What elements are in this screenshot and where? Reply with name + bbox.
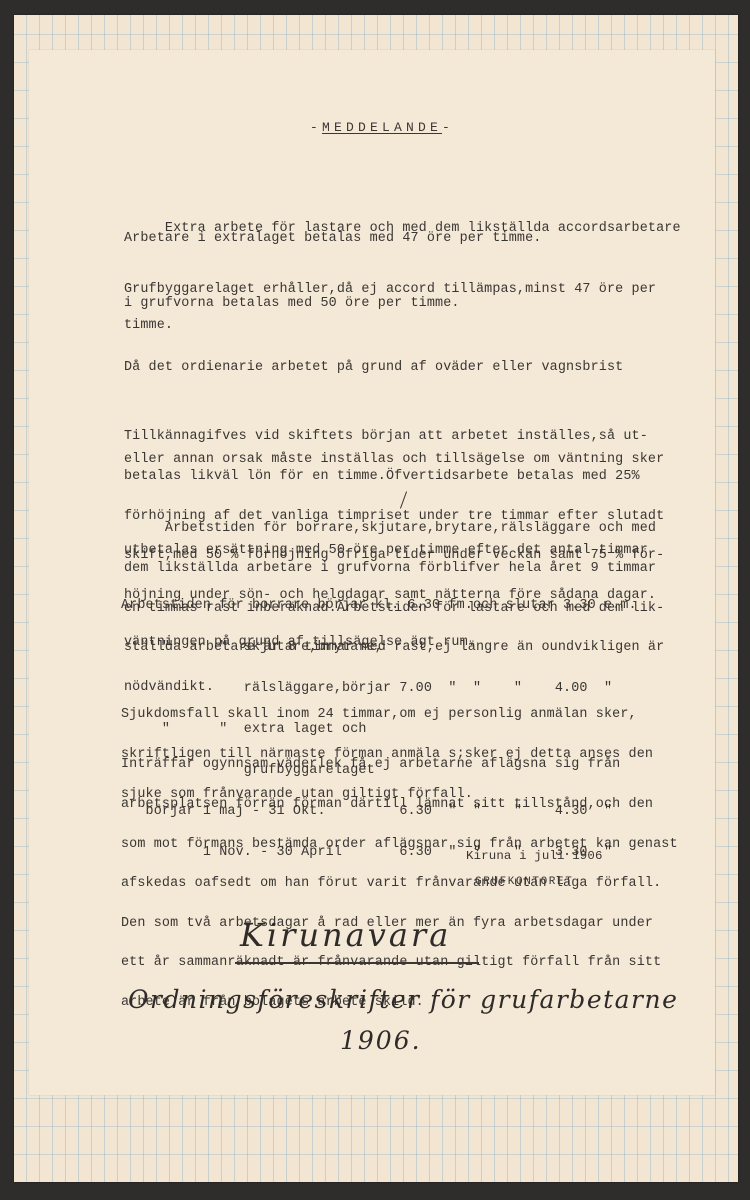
schedule-row: Arbetstiden för borrare börjar kl. 6.30 … bbox=[121, 599, 637, 613]
place-date: Kiruna i juli 1906 bbox=[466, 850, 603, 863]
text-line: Inträffar ogynnsam väderlek få ej arbeta… bbox=[121, 758, 678, 771]
text-line: Då det ordienarie arbetet på grund af ov… bbox=[124, 353, 664, 384]
text-line: Arbetstiden för borrare,skjutare,brytare… bbox=[124, 522, 664, 535]
paragraph-weather-absence: Inträffar ogynnsam väderlek få ej arbeta… bbox=[121, 732, 678, 1022]
document-title: -MEDDELANDE- bbox=[310, 120, 454, 135]
handwritten-year: 1906. bbox=[340, 1026, 422, 1055]
document-title-letters: MEDDELANDE bbox=[322, 120, 442, 135]
handwritten-heading: Kirunavara bbox=[240, 916, 451, 954]
text-line: arbetsplatsen förrän förman därtill lämn… bbox=[121, 798, 678, 811]
handwritten-subtitle: Ordningsföreskrifter för grufarbetarne bbox=[128, 985, 678, 1014]
text-line: Tillkännagifves vid skiftets början att … bbox=[124, 430, 664, 443]
paragraph-extralaget: Arbetare i extralaget betalas med 47 öre… bbox=[124, 232, 541, 245]
text-line: betalas likväl lön för en timme.Öfvertid… bbox=[124, 470, 664, 483]
issuer-stamp: GRUFKONTORET bbox=[475, 876, 573, 889]
schedule-row: " " skjutare,brytare, bbox=[121, 641, 637, 655]
text-line: Sjukdomsfall skall inom 24 timmar,om ej … bbox=[121, 708, 653, 721]
text-line: afskedas oafsedt om han förut varit från… bbox=[121, 877, 678, 890]
handwritten-underline bbox=[235, 962, 479, 964]
